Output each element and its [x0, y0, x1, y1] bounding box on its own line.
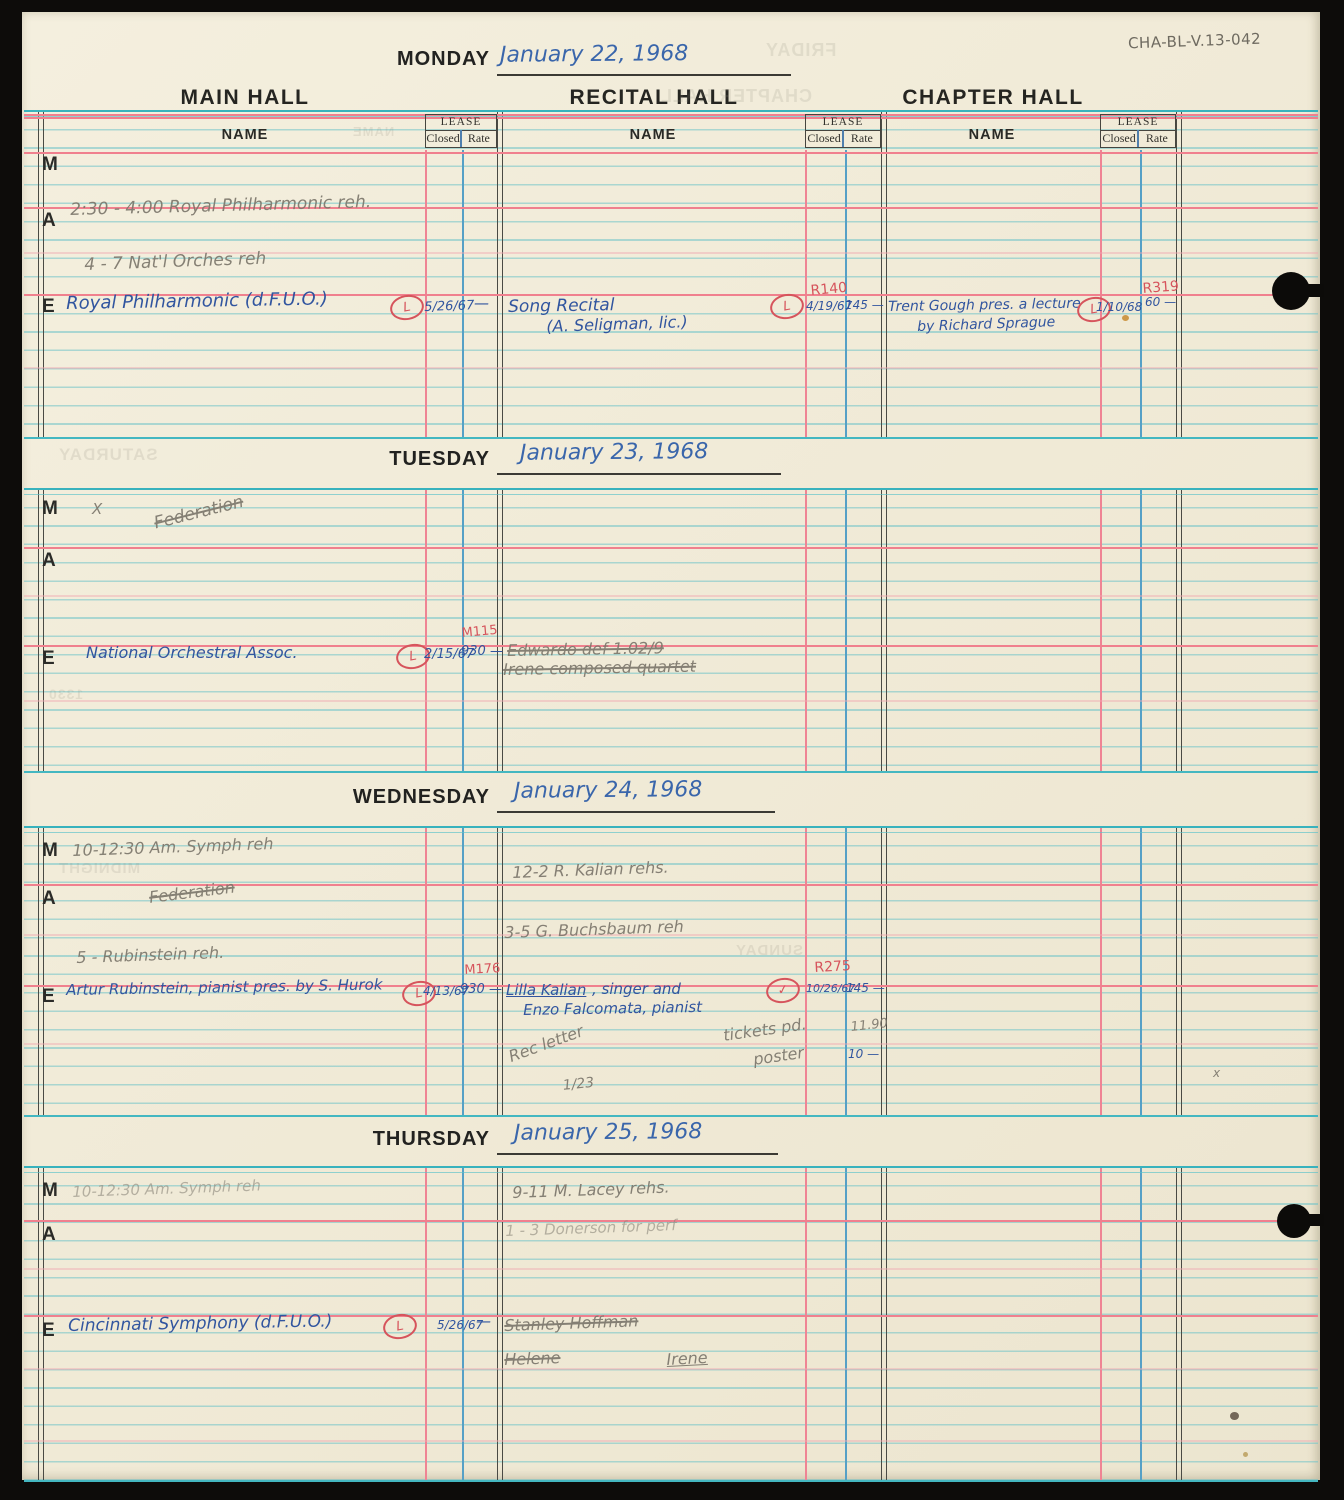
- hole-punch-stem: [1303, 1214, 1324, 1226]
- handwriting-entry: x: [1213, 1066, 1220, 1080]
- lease-column-line: [425, 490, 427, 771]
- column-divider-line: [881, 1168, 887, 1480]
- bleedthrough-text: NAME: [352, 124, 394, 139]
- day-label-tuesday: TUESDAY: [250, 448, 490, 471]
- header-rule-line: [24, 152, 1318, 154]
- lease-column-line: [1100, 828, 1102, 1115]
- column-divider-line: [881, 112, 887, 437]
- paper-stain: [1122, 315, 1129, 321]
- column-divider-line: [1176, 112, 1182, 437]
- row-label: A: [42, 888, 57, 910]
- handwriting-entry: —: [474, 294, 489, 312]
- day-label-thursday: THURSDAY: [250, 1128, 490, 1151]
- column-divider-line: [1176, 490, 1182, 771]
- row-label: E: [42, 296, 56, 318]
- handwriting-entry: Lilla Kalian: [506, 981, 586, 999]
- lease-label: LEASE: [426, 115, 496, 131]
- column-divider-line: [1176, 828, 1182, 1115]
- lease-column-line: [845, 1168, 847, 1480]
- lease-column-line: [1140, 828, 1142, 1115]
- bleedthrough-text: MIDNIGHT: [58, 860, 140, 877]
- lease-column-line: [462, 828, 464, 1115]
- handwriting-entry: 145 —: [845, 298, 884, 312]
- bleed-rule-line: [24, 1043, 1318, 1045]
- name-column-header: NAME: [553, 127, 753, 143]
- name-column-header: NAME: [145, 127, 345, 143]
- column-divider-line: [881, 490, 887, 771]
- date-handwritten-thursday: January 25, 1968: [514, 1119, 703, 1146]
- row-divider-line: [24, 547, 1318, 549]
- lease-column-line: [845, 490, 847, 771]
- lease-header-box: LEASE ClosedRate: [425, 114, 497, 148]
- paper-stain: [1230, 1412, 1239, 1420]
- handwriting-entry: —: [476, 1312, 491, 1330]
- lease-column-line: [1140, 1168, 1142, 1480]
- handwriting-entry: R275: [814, 958, 851, 976]
- hall-title-main: MAIN HALL: [125, 86, 365, 110]
- handwriting-entry: 60 —: [1145, 295, 1176, 309]
- column-divider-line: [38, 490, 44, 771]
- row-label: M: [42, 840, 59, 862]
- bleedthrough-text: CHAPTER HALL: [660, 86, 812, 107]
- lease-column-line: [425, 1168, 427, 1480]
- closed-label: Closed: [1101, 130, 1137, 147]
- rule-line: [24, 1172, 1318, 1173]
- date-rule-line: [497, 74, 791, 76]
- handwriting-entry: National Orchestral Assoc.: [86, 643, 298, 662]
- column-divider-line: [1176, 1168, 1182, 1480]
- handwriting-entry: R140: [810, 280, 848, 299]
- day-table-wednesday: MAE: [24, 826, 1318, 1117]
- bleed-rule-line: [24, 367, 1318, 369]
- lease-column-line: [425, 828, 427, 1115]
- lease-column-line: [1100, 1168, 1102, 1480]
- day-table-monday: MAE: [24, 110, 1318, 439]
- hall-title-chapter: CHAPTER HALL: [873, 86, 1113, 110]
- column-divider-line: [497, 1168, 503, 1480]
- lease-column-line: [805, 490, 807, 771]
- lease-column-line: [805, 1168, 807, 1480]
- closed-label: Closed: [426, 130, 460, 147]
- row-label: M: [42, 498, 59, 520]
- bleed-rule-line: [24, 1268, 1318, 1270]
- date-rule-line: [497, 811, 775, 813]
- handwriting-entry: Helene: [504, 1348, 561, 1369]
- bleed-rule-line: [24, 595, 1318, 597]
- date-handwritten-tuesday: January 23, 1968: [520, 439, 709, 466]
- day-label-monday: MONDAY: [250, 48, 490, 71]
- handwriting-entry: 10 —: [848, 1047, 879, 1061]
- handwriting-entry: 145 —: [846, 981, 885, 995]
- bleedthrough-text: 1330: [48, 686, 83, 702]
- hole-punch-stem: [1300, 284, 1324, 297]
- row-label: E: [42, 1320, 56, 1342]
- handwriting-entry: M176: [464, 961, 501, 978]
- row-label: E: [42, 648, 56, 670]
- handwriting-entry: 930 —: [460, 982, 502, 997]
- handwriting-entry: , singer and: [592, 980, 681, 998]
- handwriting-entry: M115: [461, 623, 498, 641]
- handwriting-entry: X: [92, 500, 102, 518]
- closed-label: Closed: [806, 130, 842, 147]
- lease-label: LEASE: [806, 115, 880, 131]
- lease-column-line: [1140, 490, 1142, 771]
- bleed-rule-line: [24, 700, 1318, 702]
- rule-line: [24, 832, 1318, 833]
- row-label: E: [42, 986, 56, 1008]
- row-label: A: [42, 550, 57, 572]
- bleedthrough-text: FRIDAY: [765, 40, 836, 61]
- rule-line: [24, 494, 1318, 495]
- scanned-ledger-page: MAE MAE MAE MAE MONDAY January 22, 1968 …: [0, 0, 1344, 1500]
- bleed-rule-line: [24, 1440, 1318, 1442]
- column-divider-line: [38, 828, 44, 1115]
- lease-column-line: [805, 828, 807, 1115]
- handwriting-entry: 930 —: [461, 644, 503, 659]
- column-divider-line: [497, 112, 503, 437]
- lease-header-box: LEASE ClosedRate: [1100, 114, 1176, 148]
- rate-label: Rate: [462, 130, 496, 147]
- rate-label: Rate: [1139, 130, 1175, 147]
- date-rule-line: [497, 1153, 778, 1155]
- date-handwritten-monday: January 22, 1968: [500, 41, 689, 68]
- handwriting-entry: Irene composed quartet: [503, 657, 696, 679]
- row-label: M: [42, 1180, 59, 1202]
- lease-label: LEASE: [1101, 115, 1175, 131]
- column-divider-line: [881, 828, 887, 1115]
- handwriting-entry: 1/23: [562, 1075, 595, 1094]
- bleedthrough-text: SATURDAY: [58, 445, 158, 465]
- date-rule-line: [497, 473, 781, 475]
- bleedthrough-text: SUNDAY: [735, 942, 803, 959]
- lease-header-box: LEASE ClosedRate: [805, 114, 881, 148]
- name-column-header: NAME: [892, 127, 1092, 143]
- paper-stain: [1243, 1452, 1248, 1457]
- handwriting-entry: Irene: [666, 1348, 708, 1369]
- handwriting-entry: Song Recital: [508, 295, 615, 317]
- handwriting-entry: Trent Gough pres. a lecture: [888, 296, 1081, 315]
- day-label-wednesday: WEDNESDAY: [250, 786, 490, 809]
- row-label: M: [42, 154, 59, 176]
- day-table-tuesday: MAE: [24, 488, 1318, 773]
- handwriting-entry: 1/10/68: [1096, 300, 1142, 314]
- handwriting-entry: 5/26/67: [424, 298, 475, 315]
- handwriting-entry: Enzo Falcomata, pianist: [523, 998, 702, 1019]
- row-label: A: [42, 1224, 57, 1246]
- rate-label: Rate: [844, 130, 880, 147]
- date-handwritten-wednesday: January 24, 1968: [514, 777, 703, 804]
- lease-column-line: [1100, 490, 1102, 771]
- column-divider-line: [497, 490, 503, 771]
- row-label: A: [42, 210, 57, 232]
